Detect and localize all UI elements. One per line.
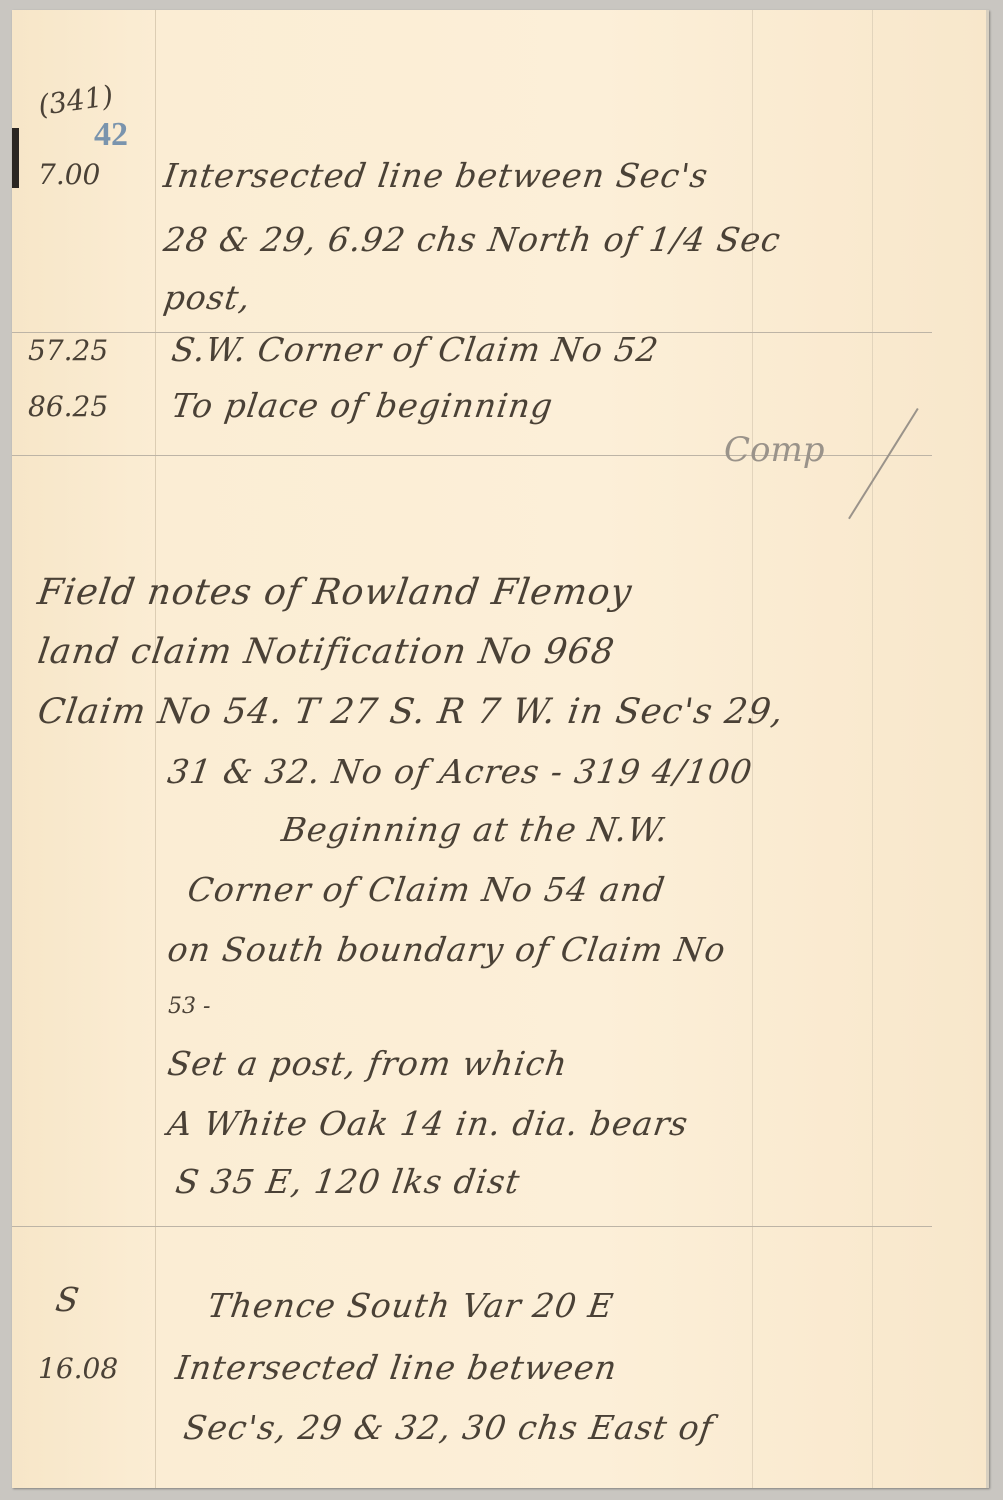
field-notes-heading: Claim No 54. T 27 S. R 7 W. in Sec's 29, — [35, 692, 786, 732]
margin-rule — [155, 10, 156, 1488]
field-notes-heading: Field notes of Rowland Flemoy — [35, 572, 635, 613]
beginning-text: Beginning at the N.W. — [279, 810, 671, 849]
pencil-annotation: Comp — [724, 430, 825, 470]
entry-distance: 16.08 — [38, 1352, 118, 1385]
beginning-text: Corner of Claim No 54 and — [185, 870, 668, 909]
beginning-text: A White Oak 14 in. dia. bears — [165, 1104, 691, 1143]
entry-distance: 57.25 — [28, 334, 108, 367]
entry-text: Intersected line between Sec's — [161, 156, 711, 195]
entry-text: Intersected line between — [173, 1348, 620, 1387]
field-notes-heading: land claim Notification No 968 — [35, 632, 617, 672]
entry-text: S.W. Corner of Claim No 52 — [169, 330, 661, 369]
column-rule — [872, 10, 873, 1488]
entry-text: post, — [161, 278, 253, 317]
entry-text: Sec's, 29 & 32, 30 chs East of — [181, 1408, 716, 1447]
ledger-page: (341) 42 7.00 Intersected line between S… — [12, 10, 989, 1488]
entry-text: To place of beginning — [169, 386, 555, 425]
entry-distance: S — [53, 1280, 82, 1319]
binding-edge — [12, 128, 19, 188]
beginning-text: on South boundary of Claim No — [165, 930, 728, 969]
beginning-text: Set a post, from which — [165, 1044, 570, 1083]
entry-divider — [12, 1226, 932, 1227]
entry-text: Thence South Var 20 E — [205, 1286, 616, 1325]
beginning-text: S 35 E, 120 lks dist — [173, 1162, 522, 1201]
entry-text: 28 & 29, 6.92 chs North of 1/4 Sec — [161, 220, 783, 259]
entry-distance: 7.00 — [38, 158, 100, 191]
page-number-stamp: 42 — [94, 116, 128, 154]
field-notes-heading: 31 & 32. No of Acres - 319 4/100 — [165, 752, 755, 791]
pencil-check-mark — [848, 408, 919, 519]
beginning-text: 53 - — [168, 994, 210, 1019]
entry-distance: 86.25 — [28, 390, 108, 423]
